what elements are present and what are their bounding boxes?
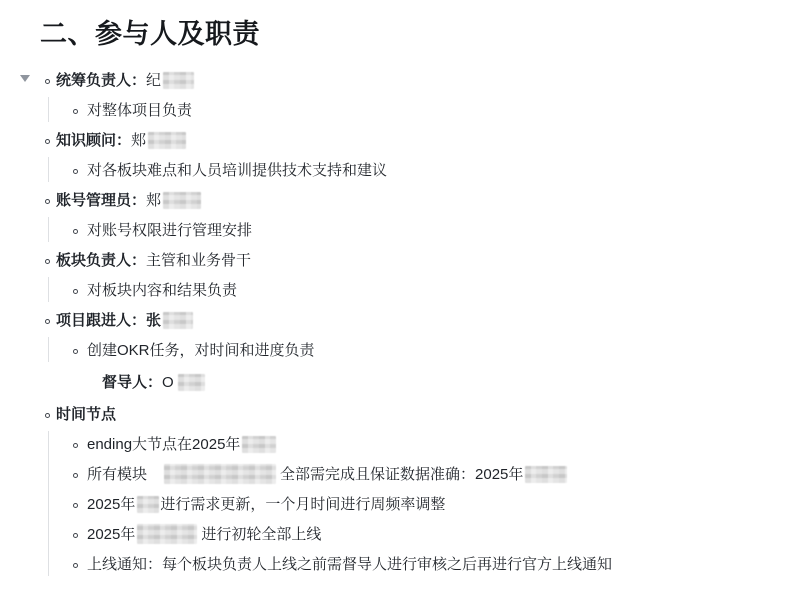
duty-text: 对各板块难点和人员培训提供技术支持和建议 (87, 156, 387, 186)
collapse-arrow-icon[interactable] (20, 75, 30, 82)
list-item-module-owner-duty[interactable]: 对板块内容和结果负责 (0, 276, 796, 306)
page-title[interactable]: 二、参与人及职责 (0, 0, 796, 50)
redacted-modules (164, 464, 276, 484)
bullet-icon (73, 229, 78, 234)
duty-text: 对整体项目负责 (87, 96, 192, 126)
milestone-text: 所有模块 (87, 466, 147, 483)
role-label: 项目跟进人： (56, 312, 146, 329)
milestone-text: 2025年 (87, 526, 135, 543)
list-item-coordinator[interactable]: 统筹负责人：纪 (0, 66, 796, 96)
milestone-ending[interactable]: ending大节点在2025年 (0, 430, 796, 460)
section-label: 时间节点 (56, 406, 116, 423)
sub-list-module-owner: 对板块内容和结果负责 (0, 276, 796, 306)
bullet-icon (45, 413, 50, 418)
list-item-timeline[interactable]: 时间节点 (0, 400, 796, 430)
role-label: 统筹负责人： (56, 72, 146, 89)
bullet-icon (45, 199, 50, 204)
group-coordinator: 统筹负责人：纪 对整体项目负责 (0, 66, 796, 126)
redacted-name (163, 72, 194, 89)
bullet-icon (73, 473, 78, 478)
bullet-icon (45, 79, 50, 84)
supervisor-paragraph[interactable]: 督导人：O (0, 368, 796, 398)
milestone-text: 进行初轮全部上线 (201, 526, 321, 543)
list-item-project-follower[interactable]: 项目跟进人：张 (0, 306, 796, 336)
group-account-admin: 账号管理员：郏 对账号权限进行管理安排 (0, 186, 796, 246)
milestone-demand-update[interactable]: 2025年进行需求更新，一个月时间进行周频率调整 (0, 490, 796, 520)
bullet-icon (45, 139, 50, 144)
bullet-icon (73, 349, 78, 354)
role-label: 板块负责人： (56, 252, 146, 269)
redacted-name (163, 192, 201, 209)
milestone-launch-notice[interactable]: 上线通知：每个板块负责人上线之前需督导人进行审核之后再进行官方上线通知 (0, 550, 796, 580)
list-item-project-follower-duty[interactable]: 创建OKR任务，对时间和进度负责 (0, 336, 796, 366)
milestone-text: 全部需完成且保证数据准确：2025年 (280, 466, 523, 483)
redacted-name (178, 374, 205, 391)
redacted-name (148, 132, 186, 149)
milestone-text: ending大节点在2025年 (87, 436, 240, 453)
list-item-coordinator-duty[interactable]: 对整体项目负责 (0, 96, 796, 126)
milestone-text: 进行需求更新，一个月时间进行周频率调整 (160, 496, 445, 513)
sub-list-advisor: 对各板块难点和人员培训提供技术支持和建议 (0, 156, 796, 186)
redacted-date (137, 524, 197, 544)
duty-text: 创建OKR任务，对时间和进度负责 (87, 336, 315, 366)
redacted-date (242, 436, 276, 453)
group-module-owner: 板块负责人：主管和业务骨干 对板块内容和结果负责 (0, 246, 796, 306)
bullet-icon (73, 109, 78, 114)
bullet-icon (73, 289, 78, 294)
group-timeline: 时间节点 ending大节点在2025年 所有模块全部需完成且保证数据准确：20… (0, 400, 796, 580)
duty-text: 对账号权限进行管理安排 (87, 216, 252, 246)
group-advisor: 知识顾问：郏 对各板块难点和人员培训提供技术支持和建议 (0, 126, 796, 186)
milestone-first-launch[interactable]: 2025年进行初轮全部上线 (0, 520, 796, 550)
list-item-advisor-duty[interactable]: 对各板块难点和人员培训提供技术支持和建议 (0, 156, 796, 186)
role-label: 知识顾问： (56, 132, 131, 149)
person-name: 纪 (146, 72, 161, 89)
bullet-icon (73, 443, 78, 448)
sub-list-timeline: ending大节点在2025年 所有模块全部需完成且保证数据准确：2025年 2… (0, 430, 796, 580)
bullet-icon (73, 533, 78, 538)
person-name: 郏 (146, 192, 161, 209)
sub-list-project-follower: 创建OKR任务，对时间和进度负责 (0, 336, 796, 366)
redacted-date (525, 466, 567, 483)
list-item-account-admin-duty[interactable]: 对账号权限进行管理安排 (0, 216, 796, 246)
outline-list: 统筹负责人：纪 对整体项目负责 知识顾问：郏 对各板块难点和人员培训提供技术支持… (0, 66, 796, 580)
list-item-account-admin[interactable]: 账号管理员：郏 (0, 186, 796, 216)
list-item-module-owner[interactable]: 板块负责人：主管和业务骨干 (0, 246, 796, 276)
role-label: 账号管理员： (56, 192, 146, 209)
bullet-icon (45, 319, 50, 324)
milestone-text: 2025年 (87, 496, 135, 513)
bullet-icon (73, 563, 78, 568)
redacted-date (137, 496, 159, 513)
person-name: O (162, 374, 174, 391)
bullet-icon (73, 503, 78, 508)
sub-list-account-admin: 对账号权限进行管理安排 (0, 216, 796, 246)
person-name: 郏 (131, 132, 146, 149)
list-item-advisor[interactable]: 知识顾问：郏 (0, 126, 796, 156)
sub-list-coordinator: 对整体项目负责 (0, 96, 796, 126)
group-project-follower: 项目跟进人：张 创建OKR任务，对时间和进度负责 (0, 306, 796, 366)
redacted-name (163, 312, 193, 329)
milestone-text: 上线通知：每个板块负责人上线之前需督导人进行审核之后再进行官方上线通知 (87, 550, 612, 580)
bullet-icon (45, 259, 50, 264)
milestone-all-modules[interactable]: 所有模块全部需完成且保证数据准确：2025年 (0, 460, 796, 490)
duty-text: 对板块内容和结果负责 (87, 276, 237, 306)
document-page: 二、参与人及职责 统筹负责人：纪 对整体项目负责 知识顾问：郏 (0, 0, 796, 607)
role-label: 督导人： (102, 374, 162, 391)
bullet-icon (73, 169, 78, 174)
person-name: 张 (146, 312, 161, 329)
role-value: 主管和业务骨干 (146, 252, 251, 269)
